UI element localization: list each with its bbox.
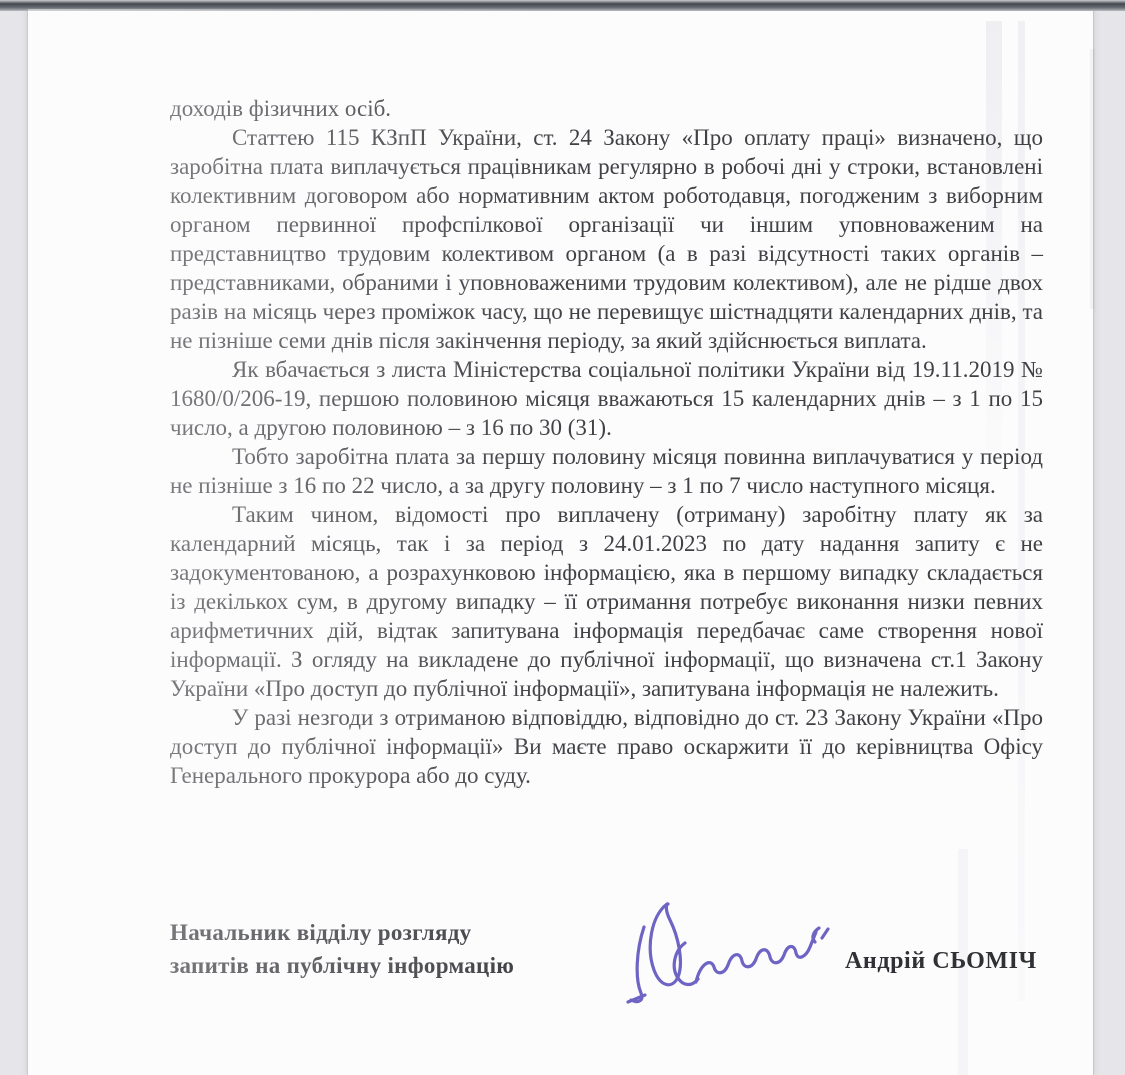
signer-name: Андрій СЬОМІЧ [845,948,1037,975]
body-paragraph-4: Тобто заробітна плата за першу половину … [170,442,1043,500]
scan-top-edge [0,0,1125,11]
body-paragraph-2: Статтею 115 КЗпП України, ст. 24 Закону … [170,123,1043,355]
body-paragraph-5: Таким чином, відомості про виплачену (от… [170,500,1043,703]
signer-title-line-1: Начальник відділу розгляду [170,916,514,949]
handwritten-signature-icon [620,893,840,1018]
scan-crease [1090,49,1095,309]
body-paragraph-6: У разі незгоди з отриманою відповіддю, в… [170,703,1043,790]
signer-title: Начальник відділу розгляду запитів на пу… [170,916,514,982]
letter-body: доходів фізичних осіб. Статтею 115 КЗпП … [170,94,1043,790]
signer-title-line-2: запитів на публічну інформацію [170,949,514,982]
body-paragraph-1: доходів фізичних осіб. [170,94,1043,123]
body-paragraph-3: Як вбачається з листа Міністерства соціа… [170,355,1043,442]
